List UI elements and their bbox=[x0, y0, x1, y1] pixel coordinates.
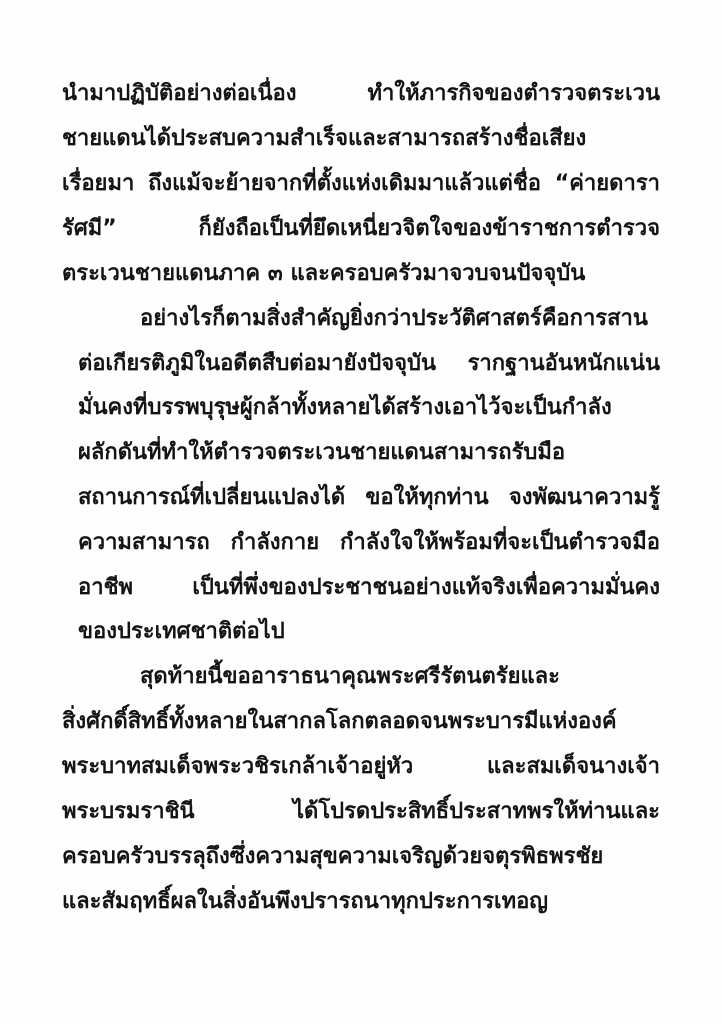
paragraph-3-line-5: ครอบครัวบรรลุถึงซึ่งความสุขความเจริญด้วย… bbox=[62, 842, 660, 872]
document-page: นำมาปฏิบัติอย่างต่อเนื่อง ทำให้ภารกิจของ… bbox=[0, 0, 722, 1024]
paragraph-2-line-1: อย่างไรก็ตามสิ่งสำคัญยิ่งกว่าประวัติศาสต… bbox=[140, 304, 660, 334]
paragraph-3-line-2: สิ่งศักดิ์สิทธิ์ทั้งหลายในสากลโลกตลอดจนพ… bbox=[62, 707, 660, 737]
paragraph-3-line-1: สุดท้ายนี้ขออาราธนาคุณพระศรีรัตนตรัยและ bbox=[140, 662, 660, 692]
paragraph-1-line-5: ตระเวนชายแดนภาค ๓ และครอบครัวมาจวบจนปัจจ… bbox=[62, 259, 585, 289]
paragraph-1-line-4: รัศมี” ก็ยังถือเป็นที่ยึดเหนี่ยวจิตใจของ… bbox=[62, 214, 660, 244]
paragraph-2-line-7: อาชีพ เป็นที่พึ่งของประชาชนอย่างแท้จริงเ… bbox=[78, 573, 660, 603]
paragraph-2-line-2: ต่อเกียรติภูมิในอดีตสืบต่อมายังปัจจุบัน … bbox=[78, 349, 660, 379]
paragraph-2-line-6: ความสามารถ กำลังกาย กำลังใจให้พร้อมที่จะ… bbox=[78, 528, 660, 558]
paragraph-1-line-2: ชายแดนได้ประสบความสำเร็จและสามารถสร้างชื… bbox=[62, 124, 660, 154]
paragraph-2-line-8: ของประเทศชาติต่อไป bbox=[78, 617, 660, 647]
paragraph-3-line-3: พระบาทสมเด็จพระวชิรเกล้าเจ้าอยู่หัว และส… bbox=[62, 752, 660, 782]
paragraph-2-line-5: สถานการณ์ที่เปลี่ยนแปลงได้ ขอให้ทุกท่าน … bbox=[78, 483, 660, 513]
paragraph-2-line-3: มั่นคงที่บรรพบุรุษผู้กล้าทั้งหลายได้สร้า… bbox=[78, 393, 660, 423]
paragraph-1-line-3: เรื่อยมา ถึงแม้จะย้ายจากที่ตั้งแห่งเดิมม… bbox=[62, 169, 660, 199]
paragraph-2-line-4: ผลักดันที่ทำให้ตำรวจตระเวนชายแดนสามารถรั… bbox=[78, 438, 660, 468]
paragraph-1-line-1: นำมาปฏิบัติอย่างต่อเนื่อง ทำให้ภารกิจของ… bbox=[62, 79, 660, 109]
paragraph-3-line-6: และสัมฤทธิ์ผลในสิ่งอันพึงปรารถนาทุกประกา… bbox=[62, 887, 548, 917]
paragraph-3-line-4: พระบรมราชินี ได้โปรดประสิทธิ์ประสาทพรให้… bbox=[62, 797, 660, 827]
